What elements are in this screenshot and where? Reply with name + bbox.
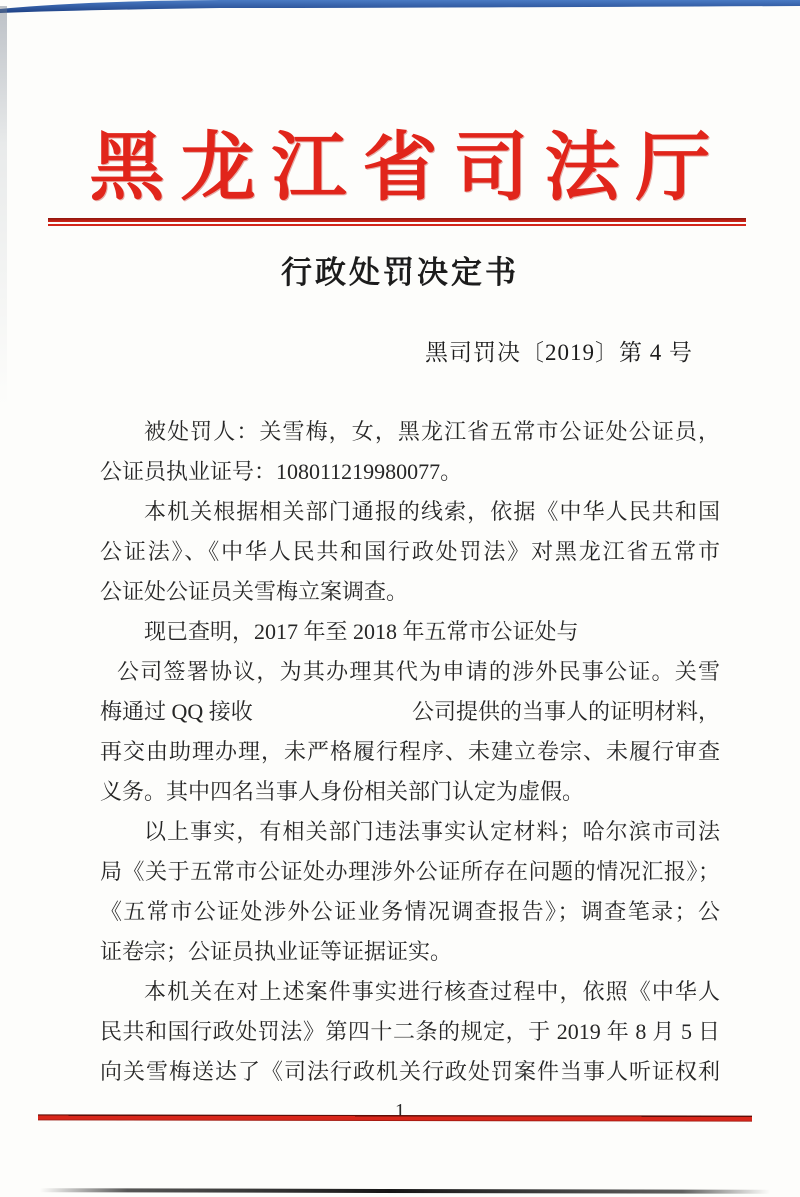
body-line: 本机关根据相关部门通报的线索，依据《中华人民共和国: [100, 492, 720, 532]
body-line: 公证法》、《中华人民共和国行政处罚法》对黑龙江省五常市: [100, 532, 720, 572]
body-line: 义务。其中四名当事人身份相关部门认定为虚假。: [100, 772, 720, 812]
body-line: 向关雪梅送达了《司法行政机关行政处罚案件当事人听证权利: [100, 1052, 720, 1092]
letterhead-divider: [48, 218, 746, 226]
issuing-authority-title: 黑龙江省司法厅: [0, 126, 800, 212]
body-line: 以上事实，有相关部门违法事实认定材料；哈尔滨市司法: [100, 812, 720, 852]
body-line: 再交由助理办理，未严格履行程序、未建立卷宗、未履行审查: [100, 732, 720, 772]
body-line: 本机关在对上述案件事实进行核查过程中，依照《中华人: [100, 972, 720, 1012]
body-line: 现已查明，2017 年至 2018 年五常市公证处与: [100, 612, 720, 652]
body-line: 公证员执业证号：108011219980077。: [100, 452, 720, 492]
footer-divider: [38, 1114, 752, 1121]
scanned-document-page: 黑龙江省司法厅 行政处罚决定书 黑司罚决〔2019〕第 4 号 被处罚人：关雪梅…: [0, 0, 800, 1197]
body-line: 《五常市公证处涉外公证业务情况调查报告》；调查笔录；公: [100, 892, 720, 932]
body-line: 公司签署协议，为其办理其代为申请的涉外民事公证。关雪: [100, 652, 720, 692]
scan-edge-top: [0, 0, 800, 14]
letterhead-divider-thick-line: [48, 218, 746, 222]
document-body: 被处罚人：关雪梅，女，黑龙江省五常市公证处公证员， 公证员执业证号：108011…: [100, 412, 720, 1092]
document-number: 黑司罚决〔2019〕第 4 号: [425, 334, 693, 367]
body-line-right-segment: 公司提供的当事人的证明材料，: [412, 692, 720, 732]
letterhead-divider-thin-line: [48, 224, 746, 226]
body-line: 民共和国行政处罚法》第四十二条的规定，于 2019 年 8 月 5 日: [100, 1012, 720, 1052]
body-line: 被处罚人：关雪梅，女，黑龙江省五常市公证处公证员，: [100, 412, 720, 452]
body-line-left-segment: 梅通过 QQ 接收: [100, 692, 253, 732]
body-line: 公证处公证员关雪梅立案调查。: [100, 572, 720, 612]
body-line: 证卷宗；公证员执业证等证据证实。: [100, 932, 720, 972]
body-line: 局《关于五常市公证处办理涉外公证所存在问题的情况汇报》；: [100, 852, 720, 892]
body-line-with-redaction: 梅通过 QQ 接收 公司提供的当事人的证明材料，: [100, 692, 720, 732]
document-title: 行政处罚决定书: [0, 247, 800, 292]
scan-edge-top-shape: [0, 0, 800, 14]
scan-edge-bottom: [40, 1188, 770, 1194]
